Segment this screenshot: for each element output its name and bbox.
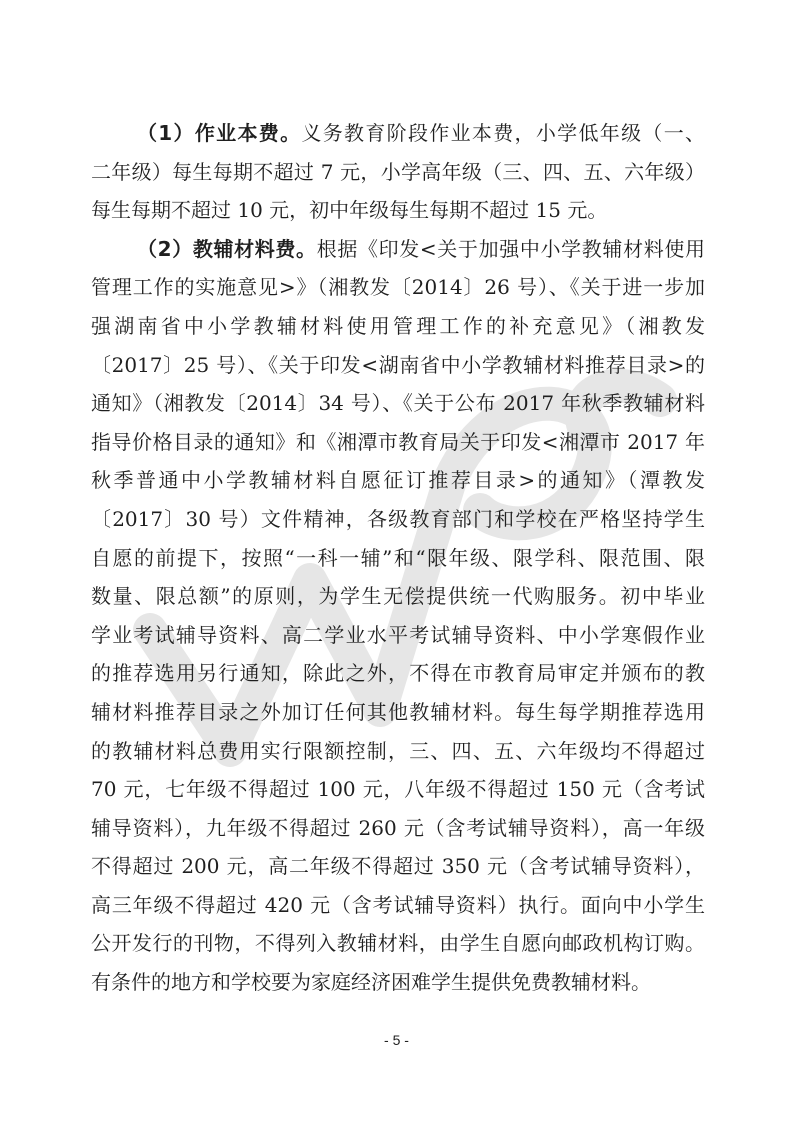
paragraph-1-line-3: 每生每期不超过 10 元，初中年级每生每期不超过 15 元。	[91, 191, 705, 230]
paragraph-2-line-4: 〔2017〕25 号）、《关于印发<湖南省中小学教辅材料推荐目录>的	[91, 346, 705, 385]
paragraph-2-line-20: 有条件的地方和学校要为家庭经济困难学生提供免费教辅材料。	[91, 963, 705, 1002]
paragraph-2-line-7: 秋季普通中小学教辅材料自愿征订推荐目录>的通知》（潭教发	[91, 461, 705, 500]
paragraph-2-line-5: 通知》（湘教发〔2014〕34 号）、《关于公布 2017 年秋季教辅材料	[91, 384, 705, 423]
page-number: - 5 -	[0, 1032, 793, 1048]
paragraph-2-line-13: 辅材料推荐目录之外加订任何其他教辅材料。每生每学期推荐选用	[91, 693, 705, 732]
paragraph-2-line-11: 学业考试辅导资料、高二学业水平考试辅导资料、中小学寒假作业	[91, 616, 705, 655]
paragraph-2-line-10: 数量、限总额”的原则，为学生无偿提供统一代购服务。初中毕业	[91, 577, 705, 616]
paragraph-1-line-1: （1）作业本费。义务教育阶段作业本费，小学低年级（一、	[91, 114, 705, 153]
paragraph-2-line-15: 70 元，七年级不得超过 100 元，八年级不得超过 150 元（含考试	[91, 770, 705, 809]
paragraph-2-line-18: 高三年级不得超过 420 元（含考试辅导资料）执行。面向中小学生	[91, 886, 705, 925]
paragraph-2-line-17: 不得超过 200 元，高二年级不得超过 350 元（含考试辅导资料），	[91, 847, 705, 886]
document-page: （1）作业本费。义务教育阶段作业本费，小学低年级（一、 二年级）每生每期不超过 …	[0, 0, 793, 1122]
paragraph-2-line-16: 辅导资料），九年级不得超过 260 元（含考试辅导资料），高一年级	[91, 809, 705, 848]
paragraph-2-line-3: 强湖南省中小学教辅材料使用管理工作的补充意见》（湘教发	[91, 307, 705, 346]
paragraph-2-line-19: 公开发行的刊物，不得列入教辅材料，由学生自愿向邮政机构订购。	[91, 924, 705, 963]
paragraph-2-line-8: 〔2017〕30 号）文件精神，各级教育部门和学校在严格坚持学生	[91, 500, 705, 539]
heading-teaching-materials-fee: （2）教辅材料费。	[137, 237, 317, 261]
paragraph-1-line-2: 二年级）每生每期不超过 7 元，小学高年级（三、四、五、六年级）	[91, 153, 705, 192]
heading-homework-fee: （1）作业本费。	[137, 121, 301, 145]
paragraph-2-line-14: 的教辅材料总费用实行限额控制，三、四、五、六年级均不得超过	[91, 732, 705, 771]
document-body: （1）作业本费。义务教育阶段作业本费，小学低年级（一、 二年级）每生每期不超过 …	[91, 114, 705, 1002]
paragraph-2-line-6: 指导价格目录的通知》和《湘潭市教育局关于印发<湘潭市 2017 年	[91, 423, 705, 462]
paragraph-2-line-9: 自愿的前提下，按照“一科一辅”和“限年级、限学科、限范围、限	[91, 539, 705, 578]
paragraph-2-line-12: 的推荐选用另行通知，除此之外，不得在市教育局审定并颁布的教	[91, 654, 705, 693]
paragraph-2-line-2: 管理工作的实施意见>》（湘教发〔2014〕26 号）、《关于进一步加	[91, 268, 705, 307]
paragraph-2-line-1: （2）教辅材料费。根据《印发<关于加强中小学教辅材料使用	[91, 230, 705, 269]
